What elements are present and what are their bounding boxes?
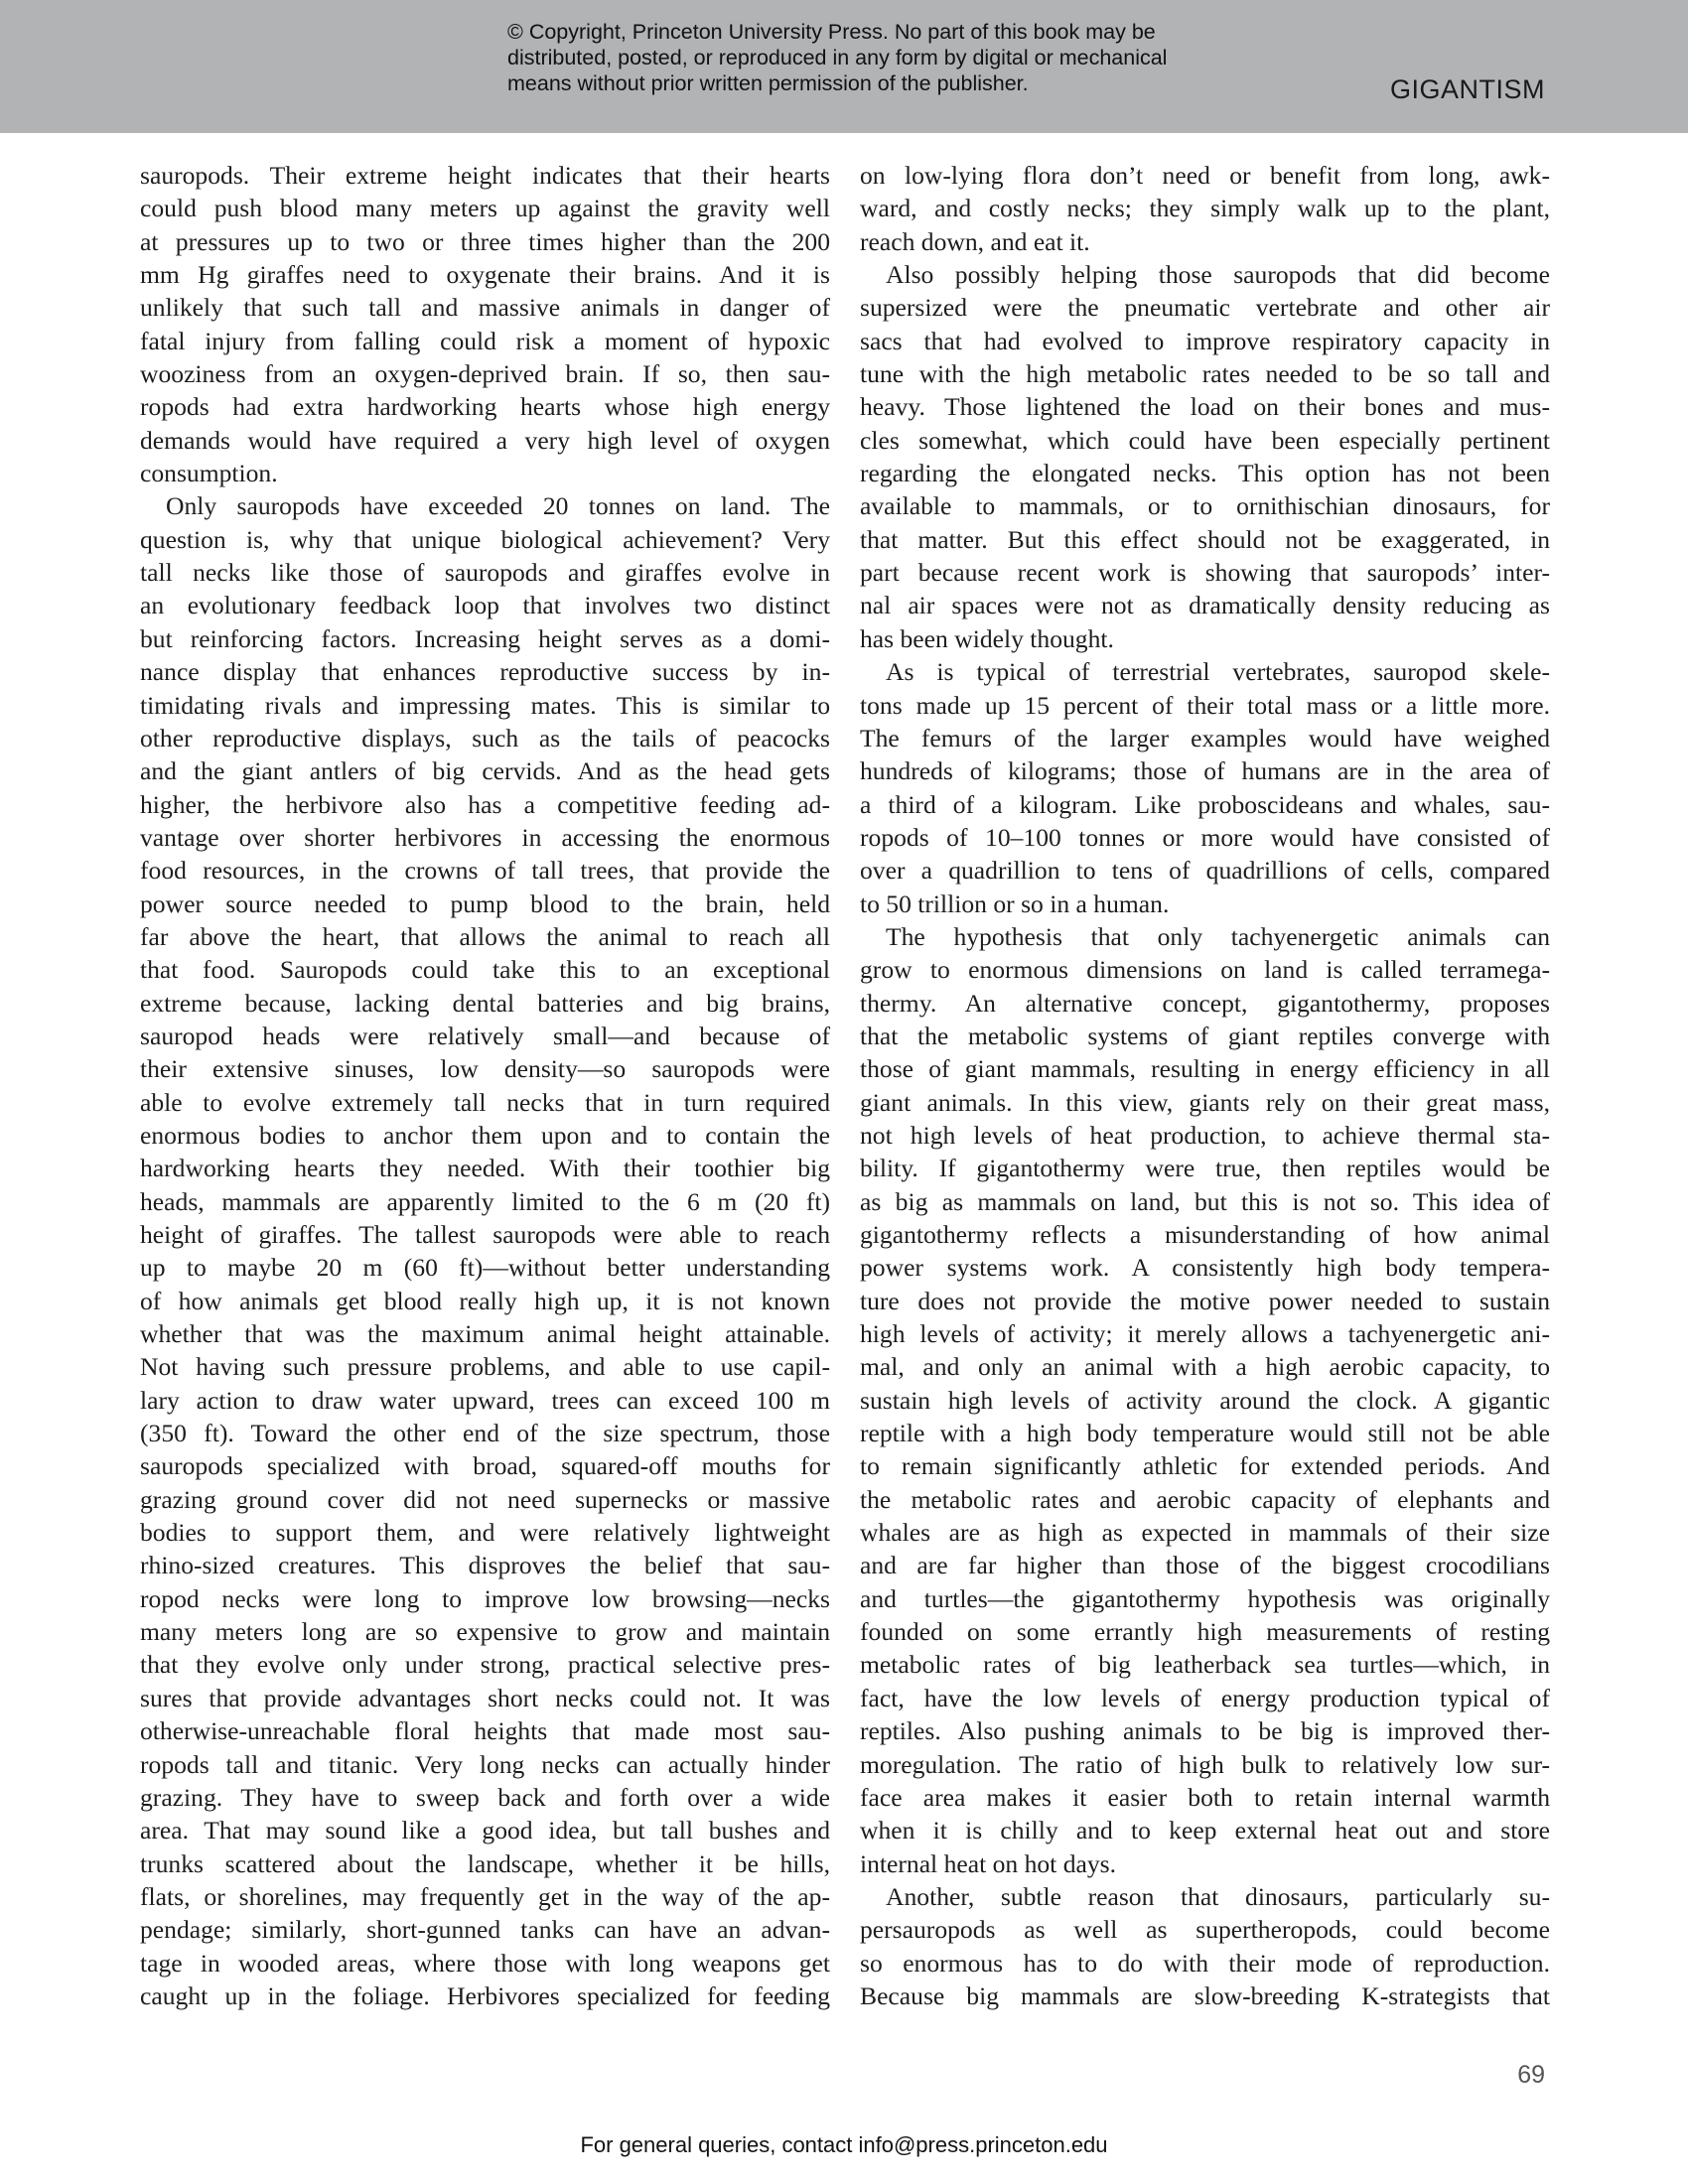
text-line: height of giraffes. The tallest sauropod… — [140, 1218, 830, 1251]
text-line: thermy. An alternative concept, gigantot… — [860, 987, 1550, 1020]
text-line: that matter. But this effect should not … — [860, 523, 1550, 556]
text-line: their extensive sinuses, low density—so … — [140, 1052, 830, 1085]
text-line: other reproductive displays, such as the… — [140, 722, 830, 754]
text-line: persauropods as well as supertheropods, … — [860, 1913, 1550, 1946]
text-line: sauropod heads were relatively small—and… — [140, 1020, 830, 1052]
text-line: so enormous has to do with their mode of… — [860, 1947, 1550, 1979]
text-line: but reinforcing factors. Increasing heig… — [140, 622, 830, 655]
text-line: consumption. — [140, 457, 830, 489]
text-line: Because big mammals are slow-breeding K-… — [860, 1979, 1550, 2012]
text-line: supersized were the pneumatic vertebrate… — [860, 291, 1550, 324]
text-line: of how animals get blood really high up,… — [140, 1285, 830, 1317]
text-line: ward, and costly necks; they simply walk… — [860, 192, 1550, 224]
text-line: on low-lying flora don’t need or benefit… — [860, 159, 1550, 192]
text-line: cles somewhat, which could have been esp… — [860, 424, 1550, 457]
copyright-line: © Copyright, Princeton University Press.… — [507, 19, 1202, 45]
text-line: enormous bodies to anchor them upon and … — [140, 1119, 830, 1152]
text-line: to remain significantly athletic for ext… — [860, 1449, 1550, 1482]
text-line: ropods tall and titanic. Very long necks… — [140, 1748, 830, 1781]
text-line: caught up in the foliage. Herbivores spe… — [140, 1979, 830, 2012]
text-line: sustain high levels of activity around t… — [860, 1384, 1550, 1417]
text-line: whales are as high as expected in mammal… — [860, 1516, 1550, 1549]
text-line: (350 ft). Toward the other end of the si… — [140, 1417, 830, 1449]
text-line: could push blood many meters up against … — [140, 192, 830, 224]
text-line: nal air spaces were not as dramatically … — [860, 589, 1550, 621]
text-line: metabolic rates of big leatherback sea t… — [860, 1648, 1550, 1681]
text-line: that the metabolic systems of giant rept… — [860, 1020, 1550, 1052]
text-line: when it is chilly and to keep external h… — [860, 1814, 1550, 1846]
text-line: The femurs of the larger examples would … — [860, 722, 1550, 754]
text-line: reach down, and eat it. — [860, 225, 1550, 258]
text-line: to 50 trillion or so in a human. — [860, 887, 1550, 920]
text-line: tons made up 15 percent of their total m… — [860, 689, 1550, 722]
text-line: extreme because, lacking dental batterie… — [140, 987, 830, 1020]
text-line: ropod necks were long to improve low bro… — [140, 1582, 830, 1615]
text-line: bodies to support them, and were relativ… — [140, 1516, 830, 1549]
copyright-line: means without prior written permission o… — [507, 70, 1202, 96]
text-line: fatal injury from falling could risk a m… — [140, 325, 830, 357]
text-line: not high levels of heat production, to a… — [860, 1119, 1550, 1152]
text-line: flats, or shorelines, may frequently get… — [140, 1880, 830, 1913]
text-line: fact, have the low levels of energy prod… — [860, 1682, 1550, 1714]
running-head: GIGANTISM — [1370, 74, 1545, 105]
text-line: power systems work. A consistently high … — [860, 1251, 1550, 1284]
text-line: tage in wooded areas, where those with l… — [140, 1947, 830, 1979]
text-line: power source needed to pump blood to the… — [140, 887, 830, 920]
text-line: sacs that had evolved to improve respira… — [860, 325, 1550, 357]
text-line: unlikely that such tall and massive anim… — [140, 291, 830, 324]
text-line: rhino-sized creatures. This disproves th… — [140, 1549, 830, 1581]
text-line: many meters long are so expensive to gro… — [140, 1615, 830, 1648]
text-line: pendage; similarly, short-gunned tanks c… — [140, 1913, 830, 1946]
text-line: reptile with a high body temperature wou… — [860, 1417, 1550, 1449]
text-line: grazing ground cover did not need supern… — [140, 1483, 830, 1516]
text-line: a third of a kilogram. Like proboscidean… — [860, 788, 1550, 821]
footer-contact: For general queries, contact info@press.… — [0, 2132, 1688, 2158]
text-line: tune with the high metabolic rates neede… — [860, 357, 1550, 390]
text-line: reptiles. Also pushing animals to be big… — [860, 1714, 1550, 1747]
text-line: trunks scattered about the landscape, wh… — [140, 1847, 830, 1880]
text-line: area. That may sound like a good idea, b… — [140, 1814, 830, 1846]
text-line: higher, the herbivore also has a competi… — [140, 788, 830, 821]
text-line: question is, why that unique biological … — [140, 523, 830, 556]
text-line: has been widely thought. — [860, 622, 1550, 655]
text-line: able to evolve extremely tall necks that… — [140, 1086, 830, 1119]
text-line: mal, and only an animal with a high aero… — [860, 1350, 1550, 1383]
left-text-column: sauropods. Their extreme height indicate… — [140, 159, 830, 2012]
text-line: timidating rivals and impressing mates. … — [140, 689, 830, 722]
text-line: grazing. They have to sweep back and for… — [140, 1781, 830, 1814]
text-line: heavy. Those lightened the load on their… — [860, 390, 1550, 423]
text-line: as big as mammals on land, but this is n… — [860, 1185, 1550, 1218]
text-line: Not having such pressure problems, and a… — [140, 1350, 830, 1383]
text-line: grow to enormous dimensions on land is c… — [860, 953, 1550, 986]
copyright-banner: © Copyright, Princeton University Press.… — [0, 0, 1688, 133]
text-line: lary action to draw water upward, trees … — [140, 1384, 830, 1417]
text-line: Another, subtle reason that dinosaurs, p… — [860, 1880, 1550, 1913]
text-line: over a quadrillion to tens of quadrillio… — [860, 854, 1550, 887]
text-line: heads, mammals are apparently limited to… — [140, 1185, 830, 1218]
text-line: ture does not provide the motive power n… — [860, 1285, 1550, 1317]
text-line: and turtles—the gigantothermy hypothesis… — [860, 1582, 1550, 1615]
text-line: part because recent work is showing that… — [860, 556, 1550, 589]
text-line: and are far higher than those of the big… — [860, 1549, 1550, 1581]
text-line: The hypothesis that only tachyenergetic … — [860, 920, 1550, 953]
text-line: demands would have required a very high … — [140, 424, 830, 457]
text-line: available to mammals, or to ornithischia… — [860, 489, 1550, 522]
text-line: up to maybe 20 m (60 ft)—without better … — [140, 1251, 830, 1284]
text-line: and the giant antlers of big cervids. An… — [140, 754, 830, 787]
text-line: an evolutionary feedback loop that invol… — [140, 589, 830, 621]
text-line: sauropods specialized with broad, square… — [140, 1449, 830, 1482]
text-line: food resources, in the crowns of tall tr… — [140, 854, 830, 887]
page-number: 69 — [1489, 2061, 1545, 2090]
text-line: the metabolic rates and aerobic capacity… — [860, 1483, 1550, 1516]
text-line: regarding the elongated necks. This opti… — [860, 457, 1550, 489]
copyright-notice: © Copyright, Princeton University Press.… — [507, 19, 1202, 96]
text-line: hundreds of kilograms; those of humans a… — [860, 754, 1550, 787]
text-line: nance display that enhances reproductive… — [140, 655, 830, 688]
text-line: sauropods. Their extreme height indicate… — [140, 159, 830, 192]
text-line: bility. If gigantothermy were true, then… — [860, 1152, 1550, 1184]
text-line: hardworking hearts they needed. With the… — [140, 1152, 830, 1184]
text-line: founded on some errantly high measuremen… — [860, 1615, 1550, 1648]
text-line: sures that provide advantages short neck… — [140, 1682, 830, 1714]
text-line: giant animals. In this view, giants rely… — [860, 1086, 1550, 1119]
text-line: internal heat on hot days. — [860, 1847, 1550, 1880]
text-line: ropods of 10–100 tonnes or more would ha… — [860, 821, 1550, 854]
text-line: gigantothermy reflects a misunderstandin… — [860, 1218, 1550, 1251]
text-line: far above the heart, that allows the ani… — [140, 920, 830, 953]
text-line: wooziness from an oxygen-deprived brain.… — [140, 357, 830, 390]
text-line: Only sauropods have exceeded 20 tonnes o… — [140, 489, 830, 522]
text-line: Also possibly helping those sauropods th… — [860, 258, 1550, 291]
text-line: those of giant mammals, resulting in ene… — [860, 1052, 1550, 1085]
right-text-column: on low-lying flora don’t need or benefit… — [860, 159, 1550, 2012]
text-line: whether that was the maximum animal heig… — [140, 1317, 830, 1350]
text-line: tall necks like those of sauropods and g… — [140, 556, 830, 589]
text-line: at pressures up to two or three times hi… — [140, 225, 830, 258]
text-line: mm Hg giraffes need to oxygenate their b… — [140, 258, 830, 291]
copyright-line: distributed, posted, or reproduced in an… — [507, 45, 1202, 70]
text-line: face area makes it easier both to retain… — [860, 1781, 1550, 1814]
text-line: otherwise-unreachable floral heights tha… — [140, 1714, 830, 1747]
text-line: As is typical of terrestrial vertebrates… — [860, 655, 1550, 688]
text-line: that they evolve only under strong, prac… — [140, 1648, 830, 1681]
text-line: moregulation. The ratio of high bulk to … — [860, 1748, 1550, 1781]
text-line: vantage over shorter herbivores in acces… — [140, 821, 830, 854]
text-line: high levels of activity; it merely allow… — [860, 1317, 1550, 1350]
text-line: ropods had extra hardworking hearts whos… — [140, 390, 830, 423]
text-line: that food. Sauropods could take this to … — [140, 953, 830, 986]
